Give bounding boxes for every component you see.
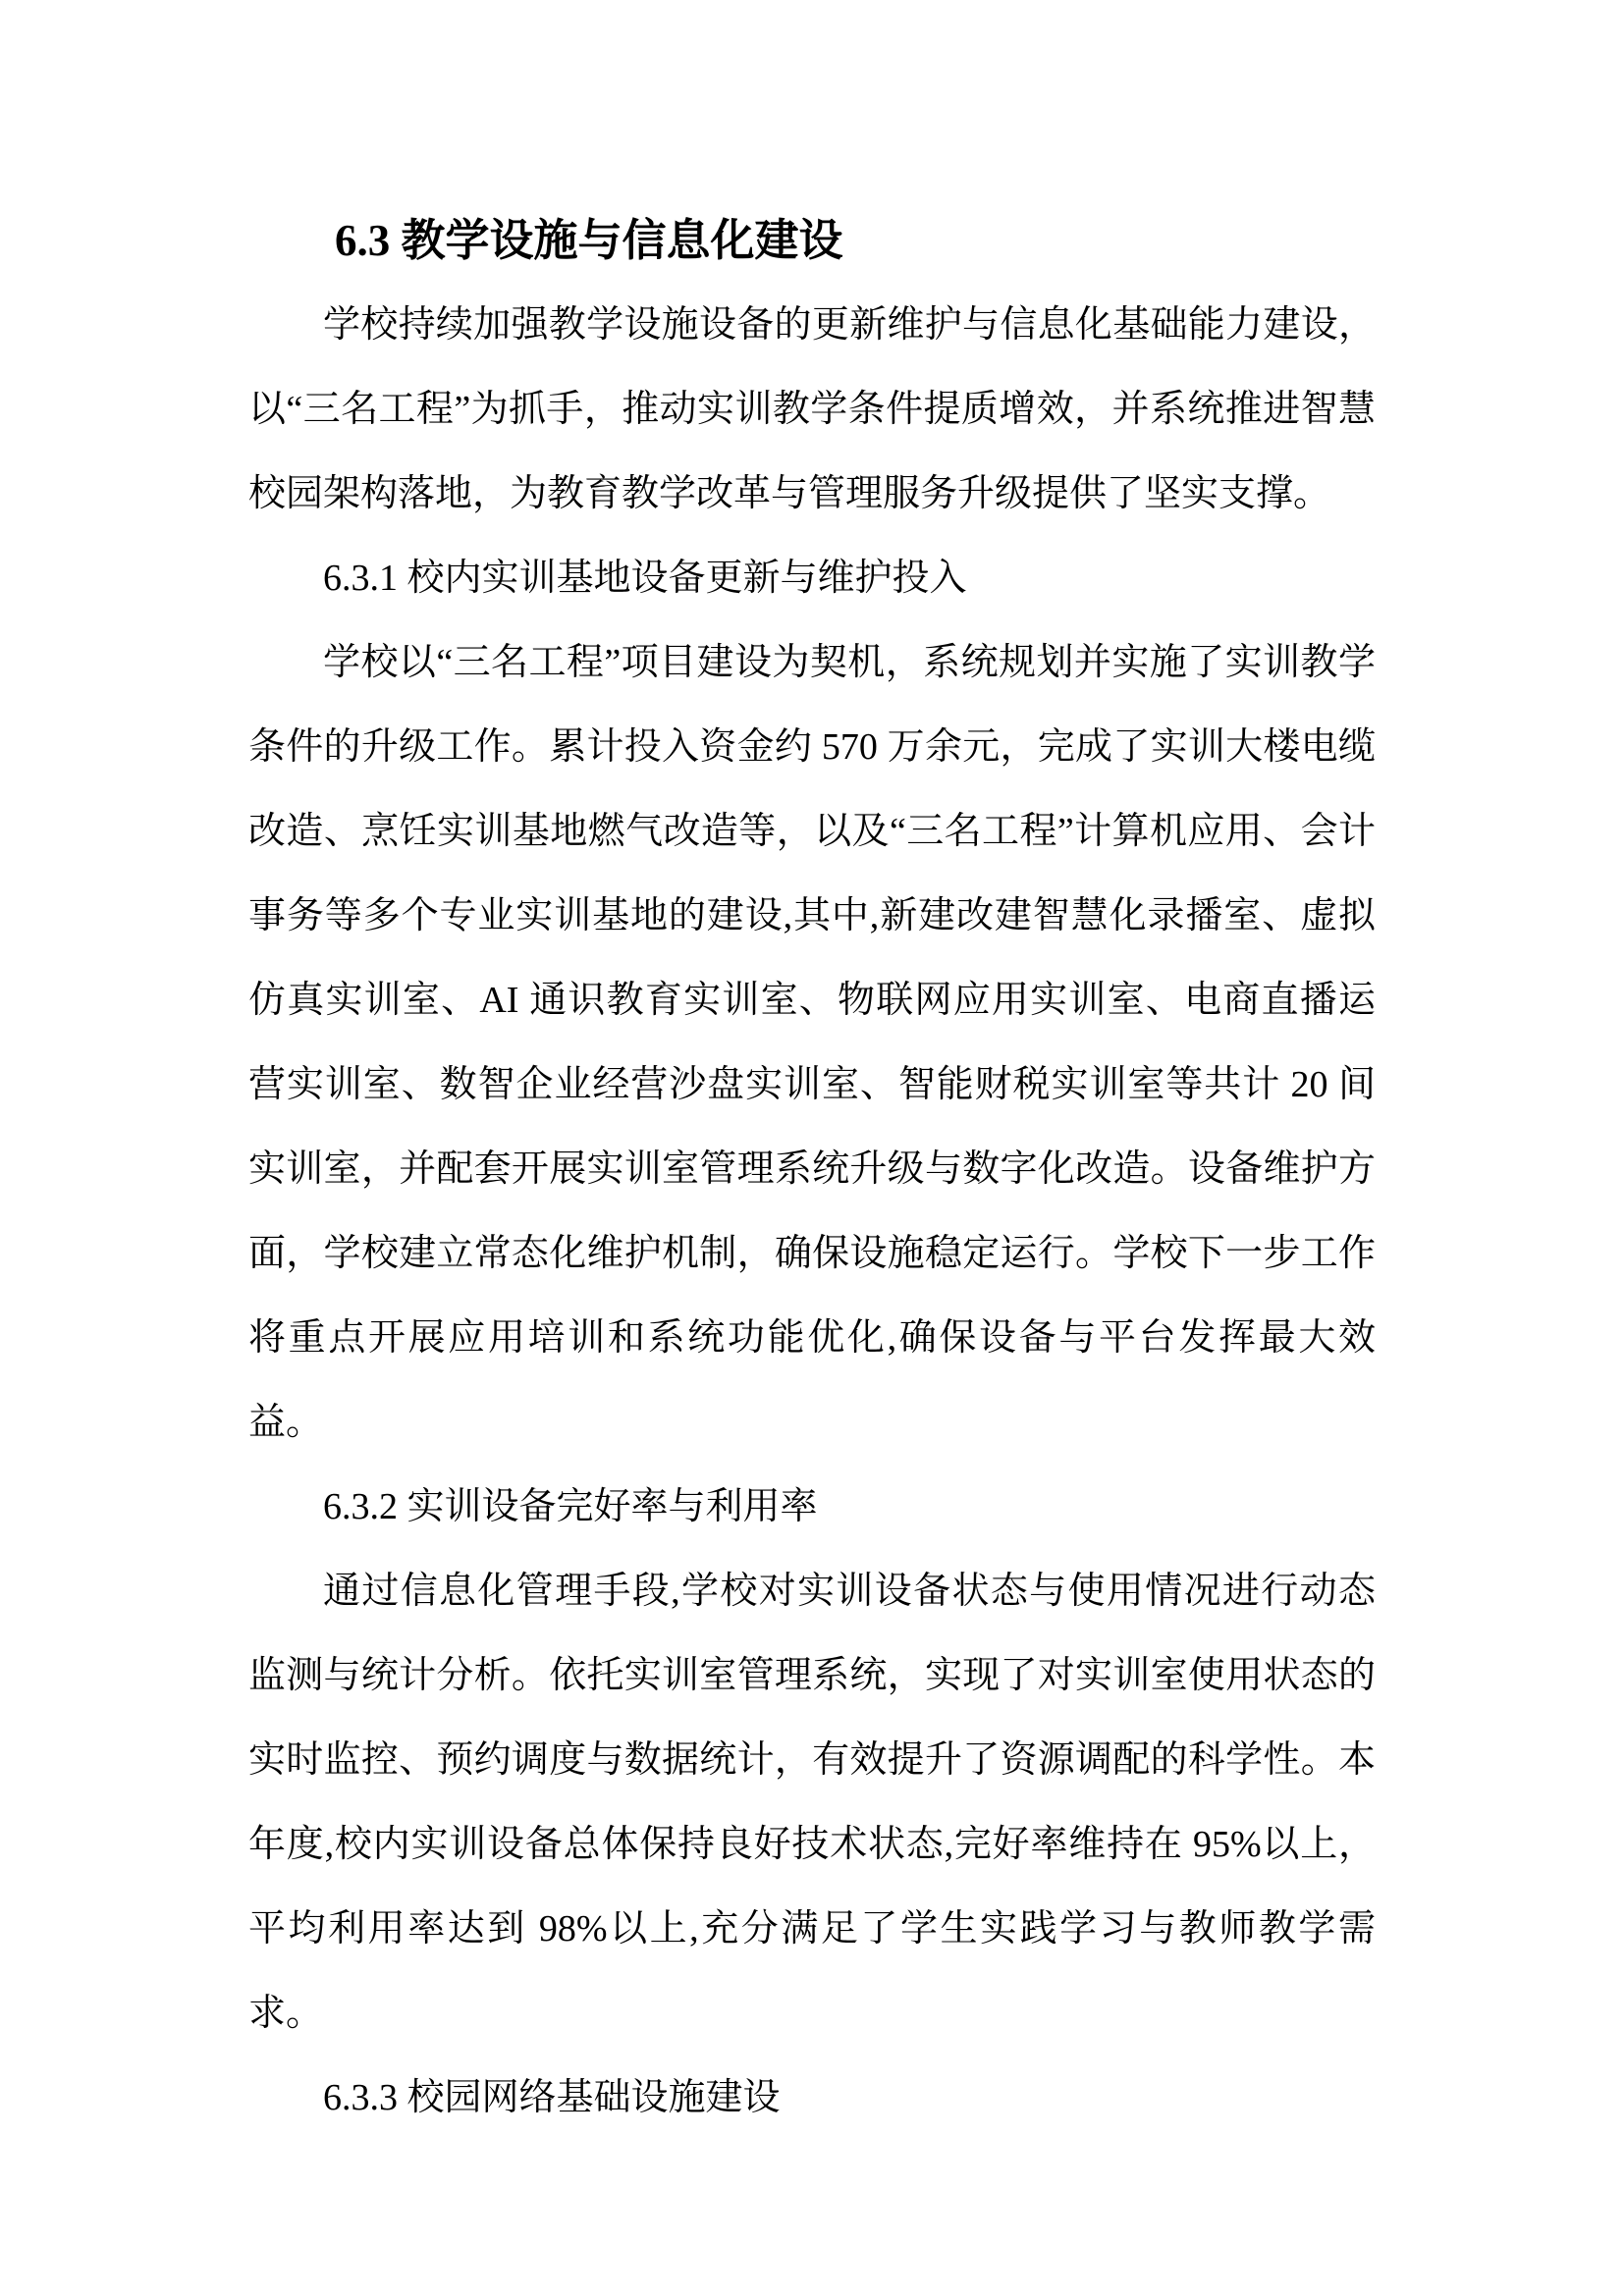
subsection-heading-6-3-2: 6.3.2 实训设备完好率与利用率 bbox=[248, 1465, 1376, 1549]
paragraph-training-base-investment: 学校以“三名工程”项目建设为契机，系统规划并实施了实训教学条件的升级工作。累计投… bbox=[248, 620, 1376, 1465]
paragraph-overview: 学校持续加强教学设施设备的更新维护与信息化基础能力建设，以“三名工程”为抓手，推… bbox=[248, 283, 1376, 536]
subsection-heading-6-3-1: 6.3.1 校内实训基地设备更新与维护投入 bbox=[248, 536, 1376, 620]
subsection-heading-6-3-3: 6.3.3 校园网络基础设施建设 bbox=[248, 2056, 1376, 2140]
paragraph-equipment-utilization: 通过信息化管理手段,学校对实训设备状态与使用情况进行动态监测与统计分析。依托实训… bbox=[248, 1549, 1376, 2056]
section-heading-6-3: 6.3 教学设施与信息化建设 bbox=[248, 198, 1376, 283]
document-page: 6.3 教学设施与信息化建设 学校持续加强教学设施设备的更新维护与信息化基础能力… bbox=[0, 0, 1624, 2296]
